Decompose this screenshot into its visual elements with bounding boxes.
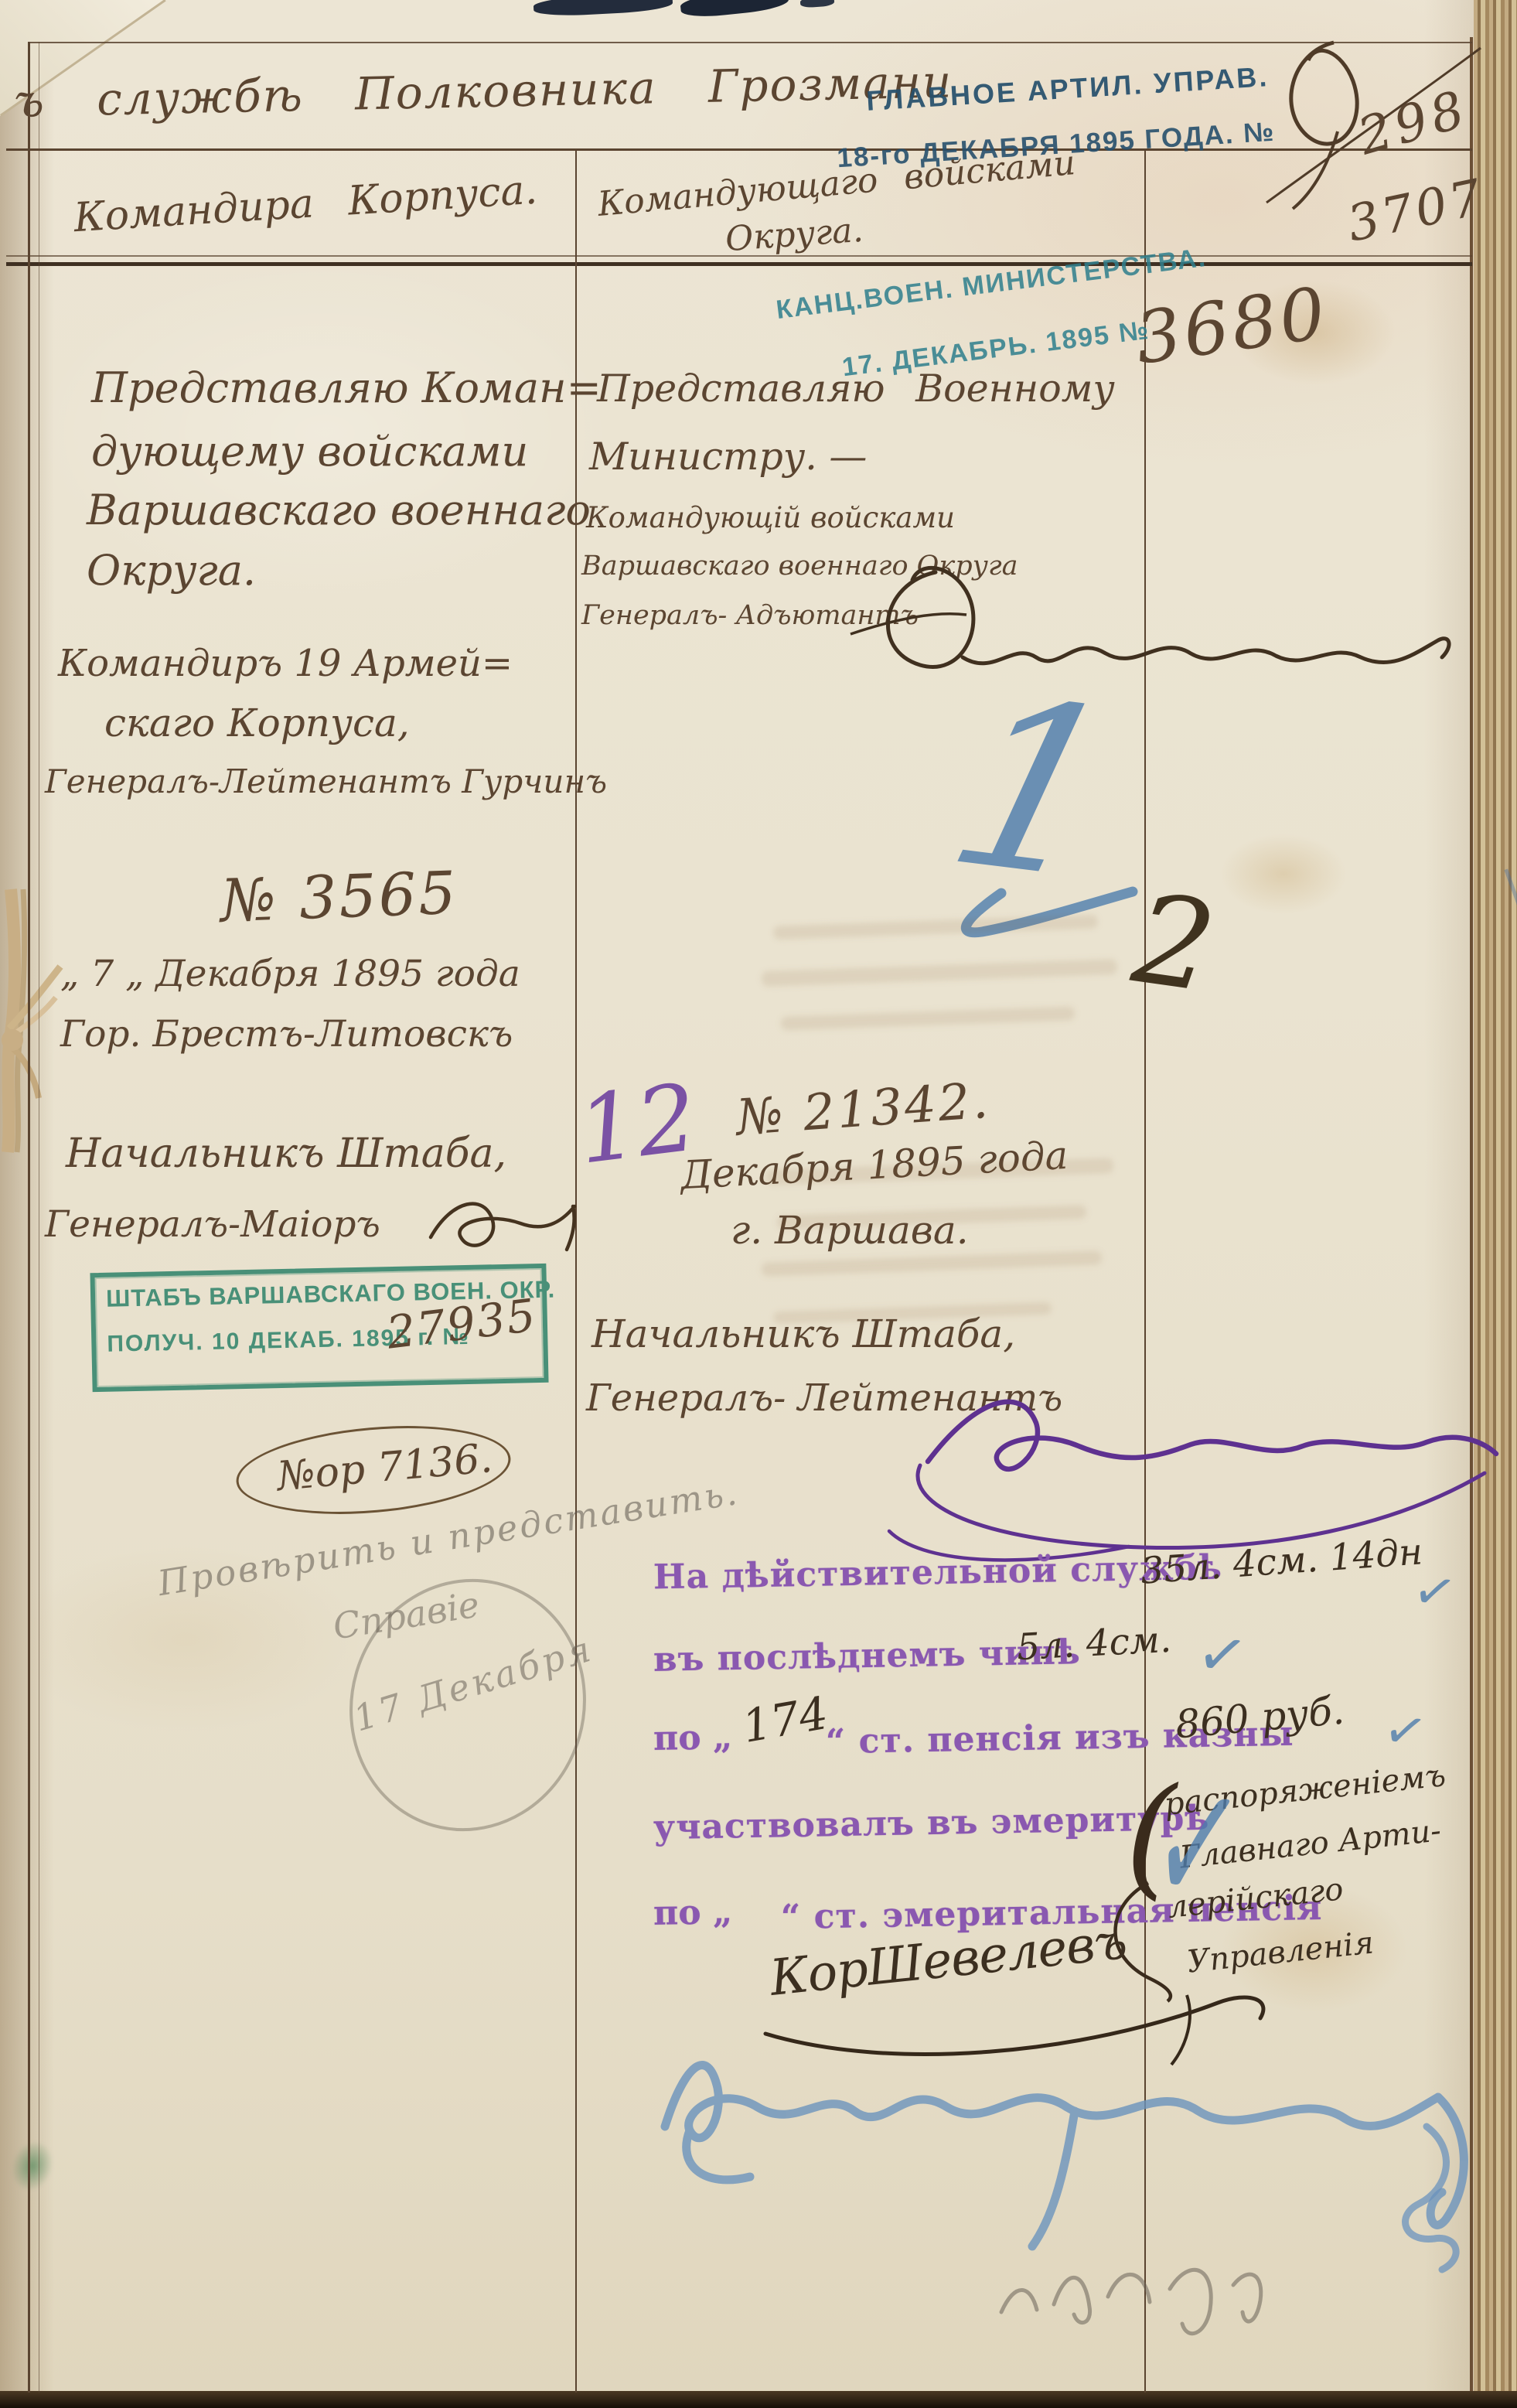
service-line5-prefix: по „ [653, 1892, 733, 1933]
bleedthrough [762, 1250, 1102, 1276]
left-chief-line1: Начальникъ Штаба, [66, 1131, 506, 1177]
service-line1-label: На дѣйствительной службѣ [653, 1548, 1223, 1598]
kanc-stamp-number: 3680 [1130, 271, 1334, 380]
left-body-line: Генералъ-Лейтенантъ Гурчинъ [45, 762, 607, 800]
left-body-line: скаго Корпуса, [104, 701, 410, 745]
top-ink-blob [680, 0, 789, 19]
top-ink-blob [533, 0, 673, 18]
general-adjutant-signature [827, 541, 1461, 704]
service-line2-value: 5л. 4см. [1016, 1618, 1172, 1669]
left-chief-line2: Генералъ-Маіоръ [45, 1203, 380, 1246]
bleedthrough [781, 1006, 1075, 1030]
page-title: ъ службѣ Полковника Грозмани [13, 55, 953, 127]
mark-two: 2 [1127, 877, 1222, 1011]
mark-one: 1 [932, 668, 1136, 913]
rule-subheader-b [6, 262, 1472, 266]
right-body-line: Министру. — [589, 435, 867, 479]
left-body-line: Командиръ 19 Армей= [58, 642, 513, 685]
check-icon: ✓ [1379, 1697, 1433, 1765]
green-ink-smudge [5, 2136, 60, 2197]
left-date: „ 7 „ Декабря 1895 года [60, 953, 520, 995]
left-body-line: Округа. [87, 546, 256, 595]
left-body-line: дующему войсками [91, 427, 528, 476]
document-page: ъ службѣ Полковника Грозмани ГЛАВНОЕ АРТ… [0, 0, 1517, 2408]
service-line3-value: 860 руб. [1174, 1688, 1346, 1748]
service-line3-prefix: по „ [653, 1717, 733, 1758]
service-line3-article: 174 [738, 1687, 832, 1753]
top-ink-blob [800, 0, 835, 9]
blue-pencil-tail [1357, 2119, 1481, 2273]
right-column-header-line2: Округа. [724, 210, 864, 259]
left-number: № 3565 [220, 858, 459, 936]
left-body-line: Представляю Коман= [91, 363, 602, 412]
bleedthrough [762, 959, 1117, 987]
right-number: № 21342. [735, 1073, 992, 1148]
rule-top [28, 42, 1472, 43]
left-place: Гор. Брестъ-Литовскъ [60, 1013, 513, 1056]
margin-line-b [39, 42, 39, 2393]
pencil-loop [325, 1570, 611, 1840]
check-icon: ✓ [1191, 1617, 1253, 1694]
right-body-line: Командующій войсками [586, 501, 955, 534]
bottom-pencil-scribble [986, 2246, 1318, 2355]
left-body-line: Варшавскаго военнаго [87, 486, 591, 534]
general-major-signature [421, 1189, 584, 1263]
right-body-line: Представляю Военному [597, 367, 1115, 411]
left-column-header: Командира Корпуса. [73, 167, 539, 242]
margin-line-a [28, 42, 30, 2393]
bottom-edge [0, 2391, 1517, 2408]
mark-one-base-swash [939, 878, 1140, 947]
